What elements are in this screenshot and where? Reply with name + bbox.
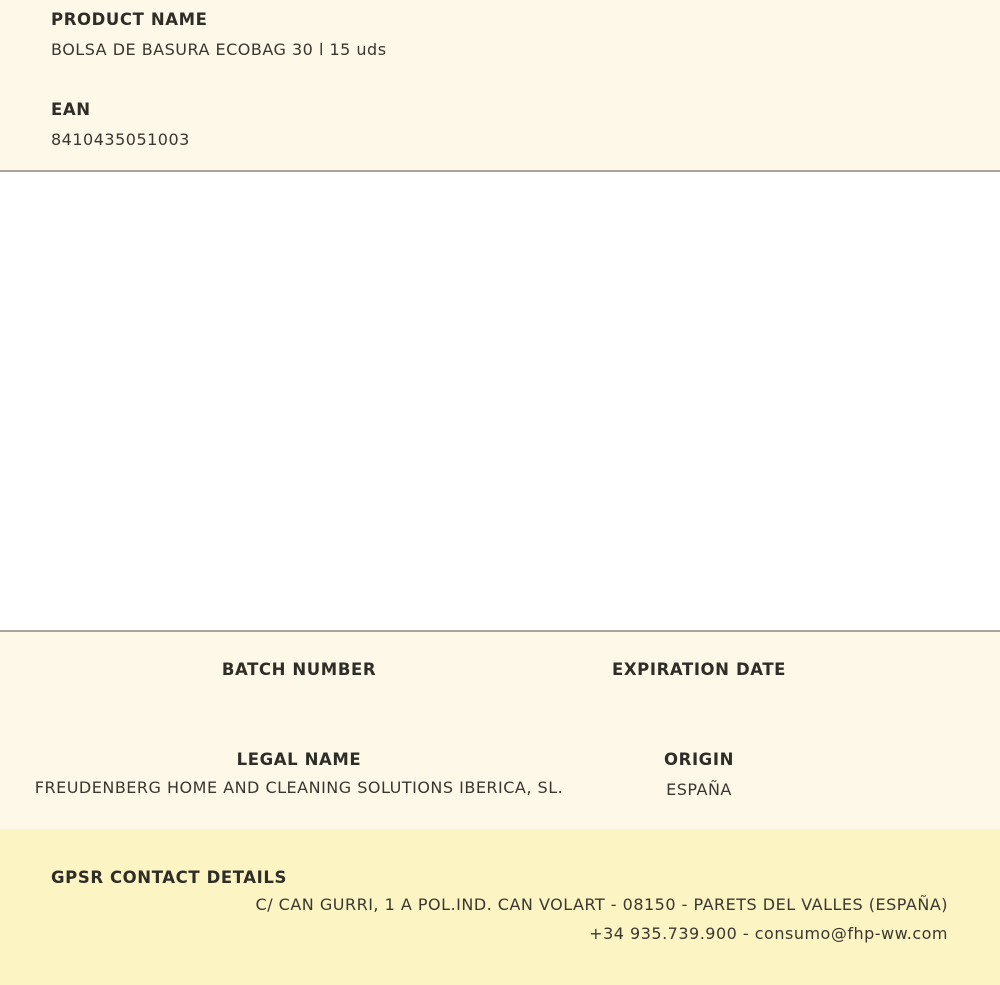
gpsr-contact-label: GPSR CONTACT DETAILS	[51, 868, 287, 887]
ean-value: 8410435051003	[51, 130, 190, 149]
legal-name-label: LEGAL NAME	[237, 750, 362, 769]
gpsr-phone-email: +34 935.739.900 - consumo@fhp-ww.com	[589, 924, 948, 943]
product-name-value: BOLSA DE BASURA ECOBAG 30 l 15 uds	[51, 40, 387, 59]
origin-value: ESPAÑA	[666, 780, 732, 799]
blank-content-area	[0, 172, 1000, 630]
legal-name-value: FREUDENBERG HOME AND CLEANING SOLUTIONS …	[35, 778, 563, 797]
product-info-section: BATCH NUMBER EXPIRATION DATE LEGAL NAME …	[0, 630, 1000, 831]
product-section: PRODUCT NAME BOLSA DE BASURA ECOBAG 30 l…	[0, 0, 1000, 172]
gpsr-contact-section: GPSR CONTACT DETAILS C/ CAN GURRI, 1 A P…	[0, 829, 1000, 985]
product-name-label: PRODUCT NAME	[51, 10, 208, 29]
batch-number-label: BATCH NUMBER	[222, 660, 376, 679]
expiration-date-label: EXPIRATION DATE	[612, 660, 786, 679]
ean-label: EAN	[51, 100, 91, 119]
gpsr-address: C/ CAN GURRI, 1 A POL.IND. CAN VOLART - …	[256, 895, 948, 914]
origin-label: ORIGIN	[664, 750, 734, 769]
